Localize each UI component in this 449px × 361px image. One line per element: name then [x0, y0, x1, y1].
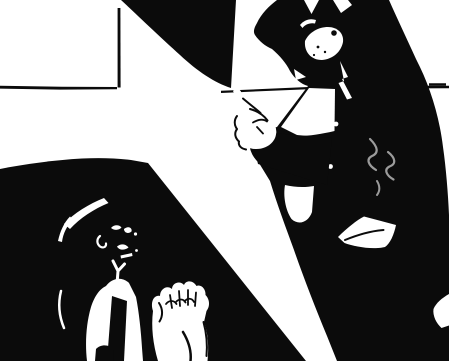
noir-illustration	[0, 0, 449, 361]
cheek-fleck	[135, 249, 138, 252]
coat-button-top	[334, 122, 339, 127]
stubble-fleck-1	[317, 46, 320, 49]
kneeling-chest-shade	[95, 345, 114, 361]
wall-corner-edge	[118, 8, 121, 88]
stubble-fleck-3	[313, 54, 315, 56]
stubble-fleck-2	[324, 51, 326, 53]
wall-line-right-tick	[429, 83, 446, 86]
illustration-stage	[0, 0, 449, 361]
ear-dot	[331, 30, 337, 36]
temple-fleck	[134, 232, 137, 235]
